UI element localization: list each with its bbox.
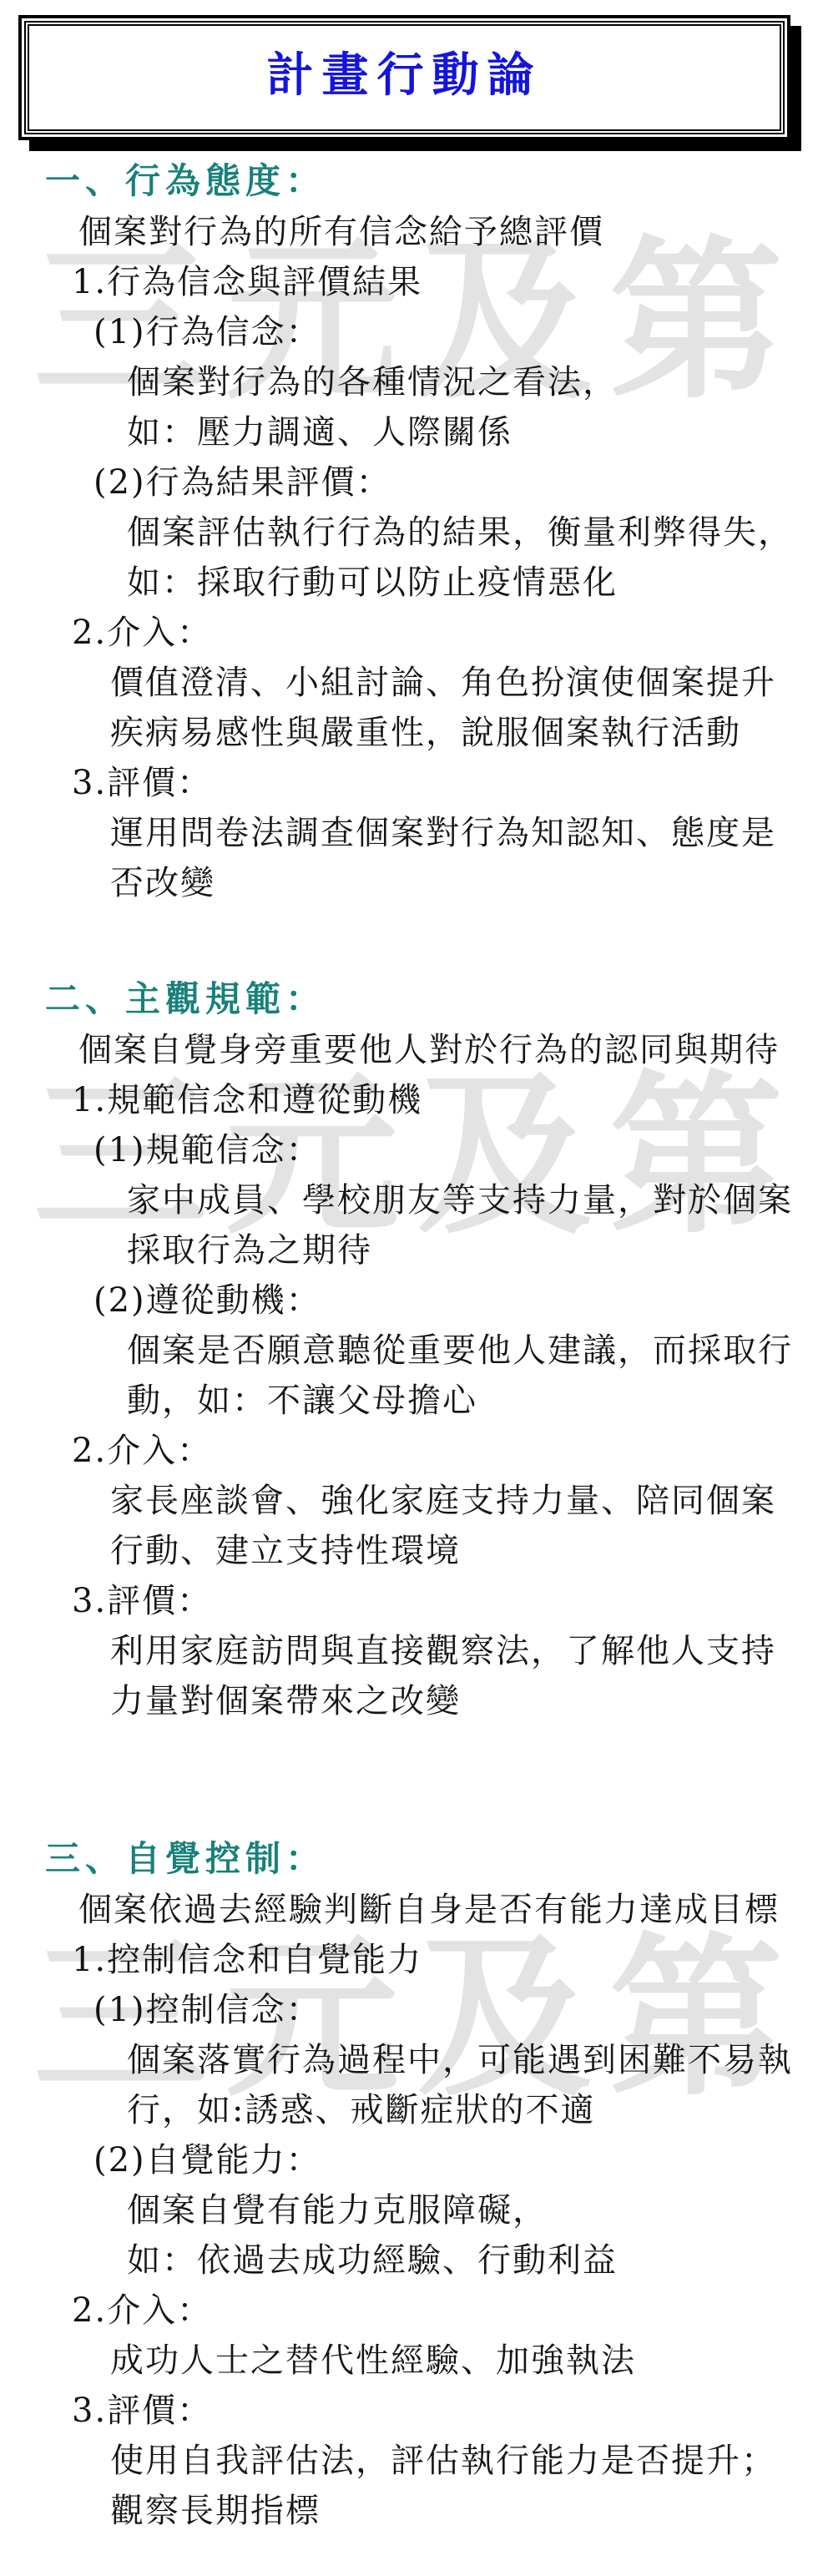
text-line: 家中成員、學校朋友等支持力量，對於個案: [0, 1175, 818, 1225]
document-page: 三元及第 三元及第 三元及第 計畫行動論 一、行為態度：個案對行為的所有信念給予…: [0, 0, 818, 2576]
section-3: 三、自覺控制：個案依過去經驗判斷自身是否有能力達成目標1.控制信念和自覺能力(1…: [0, 1833, 818, 2536]
text-line: 力量對個案帶來之改變: [0, 1676, 818, 1726]
text-line: 動，如：不讓父母擔心: [0, 1376, 818, 1426]
text-line: 2.介入：: [0, 608, 818, 658]
section-heading: 三、自覺控制：: [0, 1833, 818, 1885]
section-1: 一、行為態度：個案對行為的所有信念給予總評價1.行為信念與評價結果(1)行為信念…: [0, 155, 818, 908]
text-line: 使用自我評估法，評估執行能力是否提升；: [0, 2436, 818, 2486]
text-line: 家長座談會、強化家庭支持力量、陪同個案: [0, 1476, 818, 1526]
text-line: 個案自覺有能力克服障礙，: [0, 2185, 818, 2235]
text-line: (2)自覺能力：: [0, 2135, 818, 2185]
text-line: 2.介入：: [0, 1426, 818, 1476]
text-line: 個案依過去經驗判斷自身是否有能力達成目標: [0, 1885, 818, 1935]
text-line: 如：依過去成功經驗、行動利益: [0, 2235, 818, 2286]
text-line: 1.行為信念與評價結果: [0, 257, 818, 307]
text-line: 3.評價：: [0, 1576, 818, 1626]
text-line: 行，如:誘惑、戒斷症狀的不適: [0, 2085, 818, 2135]
text-line: 個案是否願意聽從重要他人建議，而採取行: [0, 1326, 818, 1376]
text-line: (2)行為結果評價：: [0, 457, 818, 508]
section-2: 二、主觀規範：個案自覺身旁重要他人對於行為的認同與期待1.規範信念和遵從動機(1…: [0, 973, 818, 1726]
text-line: (1)規範信念：: [0, 1125, 818, 1175]
text-line: 個案落實行為過程中，可能遇到困難不易執: [0, 2035, 818, 2085]
title-box: 計畫行動論: [18, 15, 790, 140]
text-line: 行動、建立支持性環境: [0, 1526, 818, 1576]
text-line: 否改變: [0, 858, 818, 908]
text-line: 利用家庭訪問與直接觀察法，了解他人支持: [0, 1626, 818, 1676]
text-line: 運用問卷法調查個案對行為知認知、態度是: [0, 808, 818, 858]
text-line: 採取行為之期待: [0, 1225, 818, 1275]
text-line: 如：採取行動可以防止疫情惡化: [0, 558, 818, 608]
text-line: 3.評價：: [0, 758, 818, 808]
text-line: (1)行為信念：: [0, 307, 818, 357]
text-line: 個案自覺身旁重要他人對於行為的認同與期待: [0, 1025, 818, 1075]
text-line: 價值澄清、小組討論、角色扮演使個案提升: [0, 658, 818, 708]
title-box-mid-border: 計畫行動論: [24, 21, 785, 134]
page-title: 計畫行動論: [267, 48, 543, 103]
text-line: 成功人士之替代性經驗、加強執法: [0, 2336, 818, 2386]
text-line: 個案對行為的各種情況之看法，: [0, 357, 818, 407]
text-line: 如：壓力調適、人際關係: [0, 407, 818, 457]
text-line: 1.規範信念和遵從動機: [0, 1075, 818, 1125]
text-line: (1)控制信念：: [0, 1985, 818, 2035]
section-heading: 二、主觀規範：: [0, 973, 818, 1025]
text-line: 2.介入：: [0, 2286, 818, 2336]
text-line: 1.控制信念和自覺能力: [0, 1935, 818, 1985]
section-heading: 一、行為態度：: [0, 155, 818, 207]
text-line: 個案對行為的所有信念給予總評價: [0, 207, 818, 257]
text-line: 個案評估執行行為的結果，衡量利弊得失，: [0, 508, 818, 558]
text-line: 3.評價：: [0, 2386, 818, 2436]
document-body: 一、行為態度：個案對行為的所有信念給予總評價1.行為信念與評價結果(1)行為信念…: [0, 155, 818, 2536]
title-box-inner-border: 計畫行動論: [28, 24, 781, 131]
text-line: 觀察長期指標: [0, 2486, 818, 2536]
text-line: 疾病易感性與嚴重性，說服個案執行活動: [0, 708, 818, 758]
title-box-wrapper: 計畫行動論: [0, 0, 818, 140]
text-line: (2)遵從動機：: [0, 1275, 818, 1326]
